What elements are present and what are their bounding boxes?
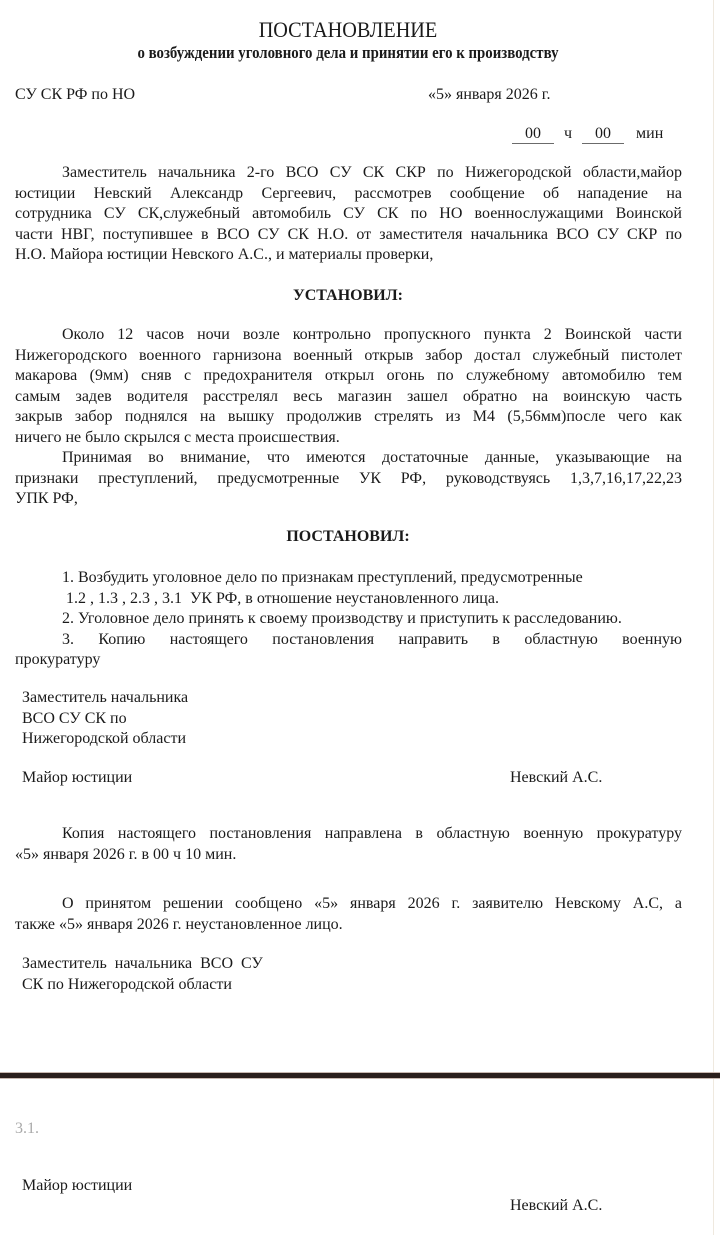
signature-position-line: Заместитель начальника bbox=[22, 688, 188, 709]
signature-position-2: Заместитель начальника ВСО СУ СК по Ниже… bbox=[22, 954, 263, 995]
intro-paragraph: Заместитель начальника 2-го ВСО СУ СК СК… bbox=[15, 163, 682, 266]
text-line: О принятом решении сообщено «5» января 2… bbox=[15, 894, 682, 915]
signature-name: Невский А.С. bbox=[510, 768, 602, 789]
text-line: сотрудника СУ СК,служебный автомобиль СУ… bbox=[15, 204, 682, 225]
text-line: признаки преступлений, предусмотренные У… bbox=[15, 469, 682, 490]
text-line: Около 12 часов ночи возле контрольно про… bbox=[15, 325, 682, 346]
document-time: 00 ч 00 мин bbox=[512, 124, 663, 145]
page-break-divider bbox=[0, 1072, 720, 1079]
text-line: Принимая во внимание, что имеются достат… bbox=[15, 448, 682, 469]
text-line: Заместитель начальника 2-го ВСО СУ СК СК… bbox=[15, 163, 682, 184]
text-line: самым задев водителя расстрелял весь маг… bbox=[15, 387, 682, 408]
page-edge bbox=[713, 0, 714, 1235]
signature-position-line: СК по Нижегородской области bbox=[22, 975, 263, 996]
time-hours-unit: ч bbox=[558, 124, 578, 145]
signature-rank: Майор юстиции bbox=[22, 768, 132, 789]
next-page-name: Невский А.С. bbox=[510, 1196, 602, 1217]
document-subtitle: о возбуждении уголовного дела и принятии… bbox=[35, 43, 661, 63]
copy-sent-paragraph: Копия настоящего постановления направлен… bbox=[15, 824, 682, 865]
resolved-item: 3. Копию настоящего постановления направ… bbox=[15, 630, 682, 651]
resolved-heading: ПОСТАНОВИЛ: bbox=[0, 528, 696, 546]
signature-position-line: Нижегородской области bbox=[22, 729, 188, 750]
resolved-item: 1. Возбудить уголовное дело по признакам… bbox=[15, 568, 682, 589]
document-date: «5» января 2026 г. bbox=[428, 85, 550, 106]
resolved-items: 1. Возбудить уголовное дело по признакам… bbox=[15, 568, 682, 671]
text-line: макарова (9мм) сняв с предохранителя отк… bbox=[15, 366, 682, 387]
resolved-item: прокуратуру bbox=[15, 650, 682, 671]
text-line: части НВГ, поступившее в ВСО СУ СК Н.О. … bbox=[15, 225, 682, 246]
time-minutes-unit: мин bbox=[628, 124, 663, 145]
text-line: закрыв забор поднялся на вышку продолжив… bbox=[15, 407, 682, 428]
section-number: 3.1. bbox=[15, 1119, 39, 1140]
resolved-item: 1.2 , 1.3 , 2.3 , 3.1 УК РФ, в отношение… bbox=[15, 589, 682, 610]
time-hours: 00 bbox=[512, 125, 554, 144]
signature-position: Заместитель начальника ВСО СУ СК по Ниже… bbox=[22, 688, 188, 750]
text-line: также «5» января 2026 г. неустановленное… bbox=[15, 915, 682, 936]
text-line: юстиции Невский Александр Сергеевич, рас… bbox=[15, 184, 682, 205]
signature-position-line: Заместитель начальника ВСО СУ bbox=[22, 954, 263, 975]
text-line: УПК РФ, bbox=[15, 489, 682, 510]
notified-paragraph: О принятом решении сообщено «5» января 2… bbox=[15, 894, 682, 935]
signature-position-line: ВСО СУ СК по bbox=[22, 709, 188, 730]
established-paragraph: Около 12 часов ночи возле контрольно про… bbox=[15, 325, 682, 448]
text-line: ничего не было скрылся с места происшест… bbox=[15, 428, 682, 449]
text-line: «5» января 2026 г. в 00 ч 10 мин. bbox=[15, 845, 682, 866]
time-minutes: 00 bbox=[582, 125, 624, 144]
established-heading: УСТАНОВИЛ: bbox=[0, 287, 696, 305]
issuing-authority: СУ СК РФ по НО bbox=[15, 85, 135, 106]
text-line: Нижегородского военного гарнизона военны… bbox=[15, 346, 682, 367]
resolved-item: 2. Уголовное дело принять к своему произ… bbox=[15, 609, 682, 630]
document-title: ПОСТАНОВЛЕНИЕ bbox=[28, 17, 668, 43]
text-line: Копия настоящего постановления направлен… bbox=[15, 824, 682, 845]
text-line: Н.О. Майора юстиции Невского А.С., и мат… bbox=[15, 245, 682, 266]
next-page-rank: Майор юстиции bbox=[22, 1176, 132, 1197]
considering-paragraph: Принимая во внимание, что имеются достат… bbox=[15, 448, 682, 510]
